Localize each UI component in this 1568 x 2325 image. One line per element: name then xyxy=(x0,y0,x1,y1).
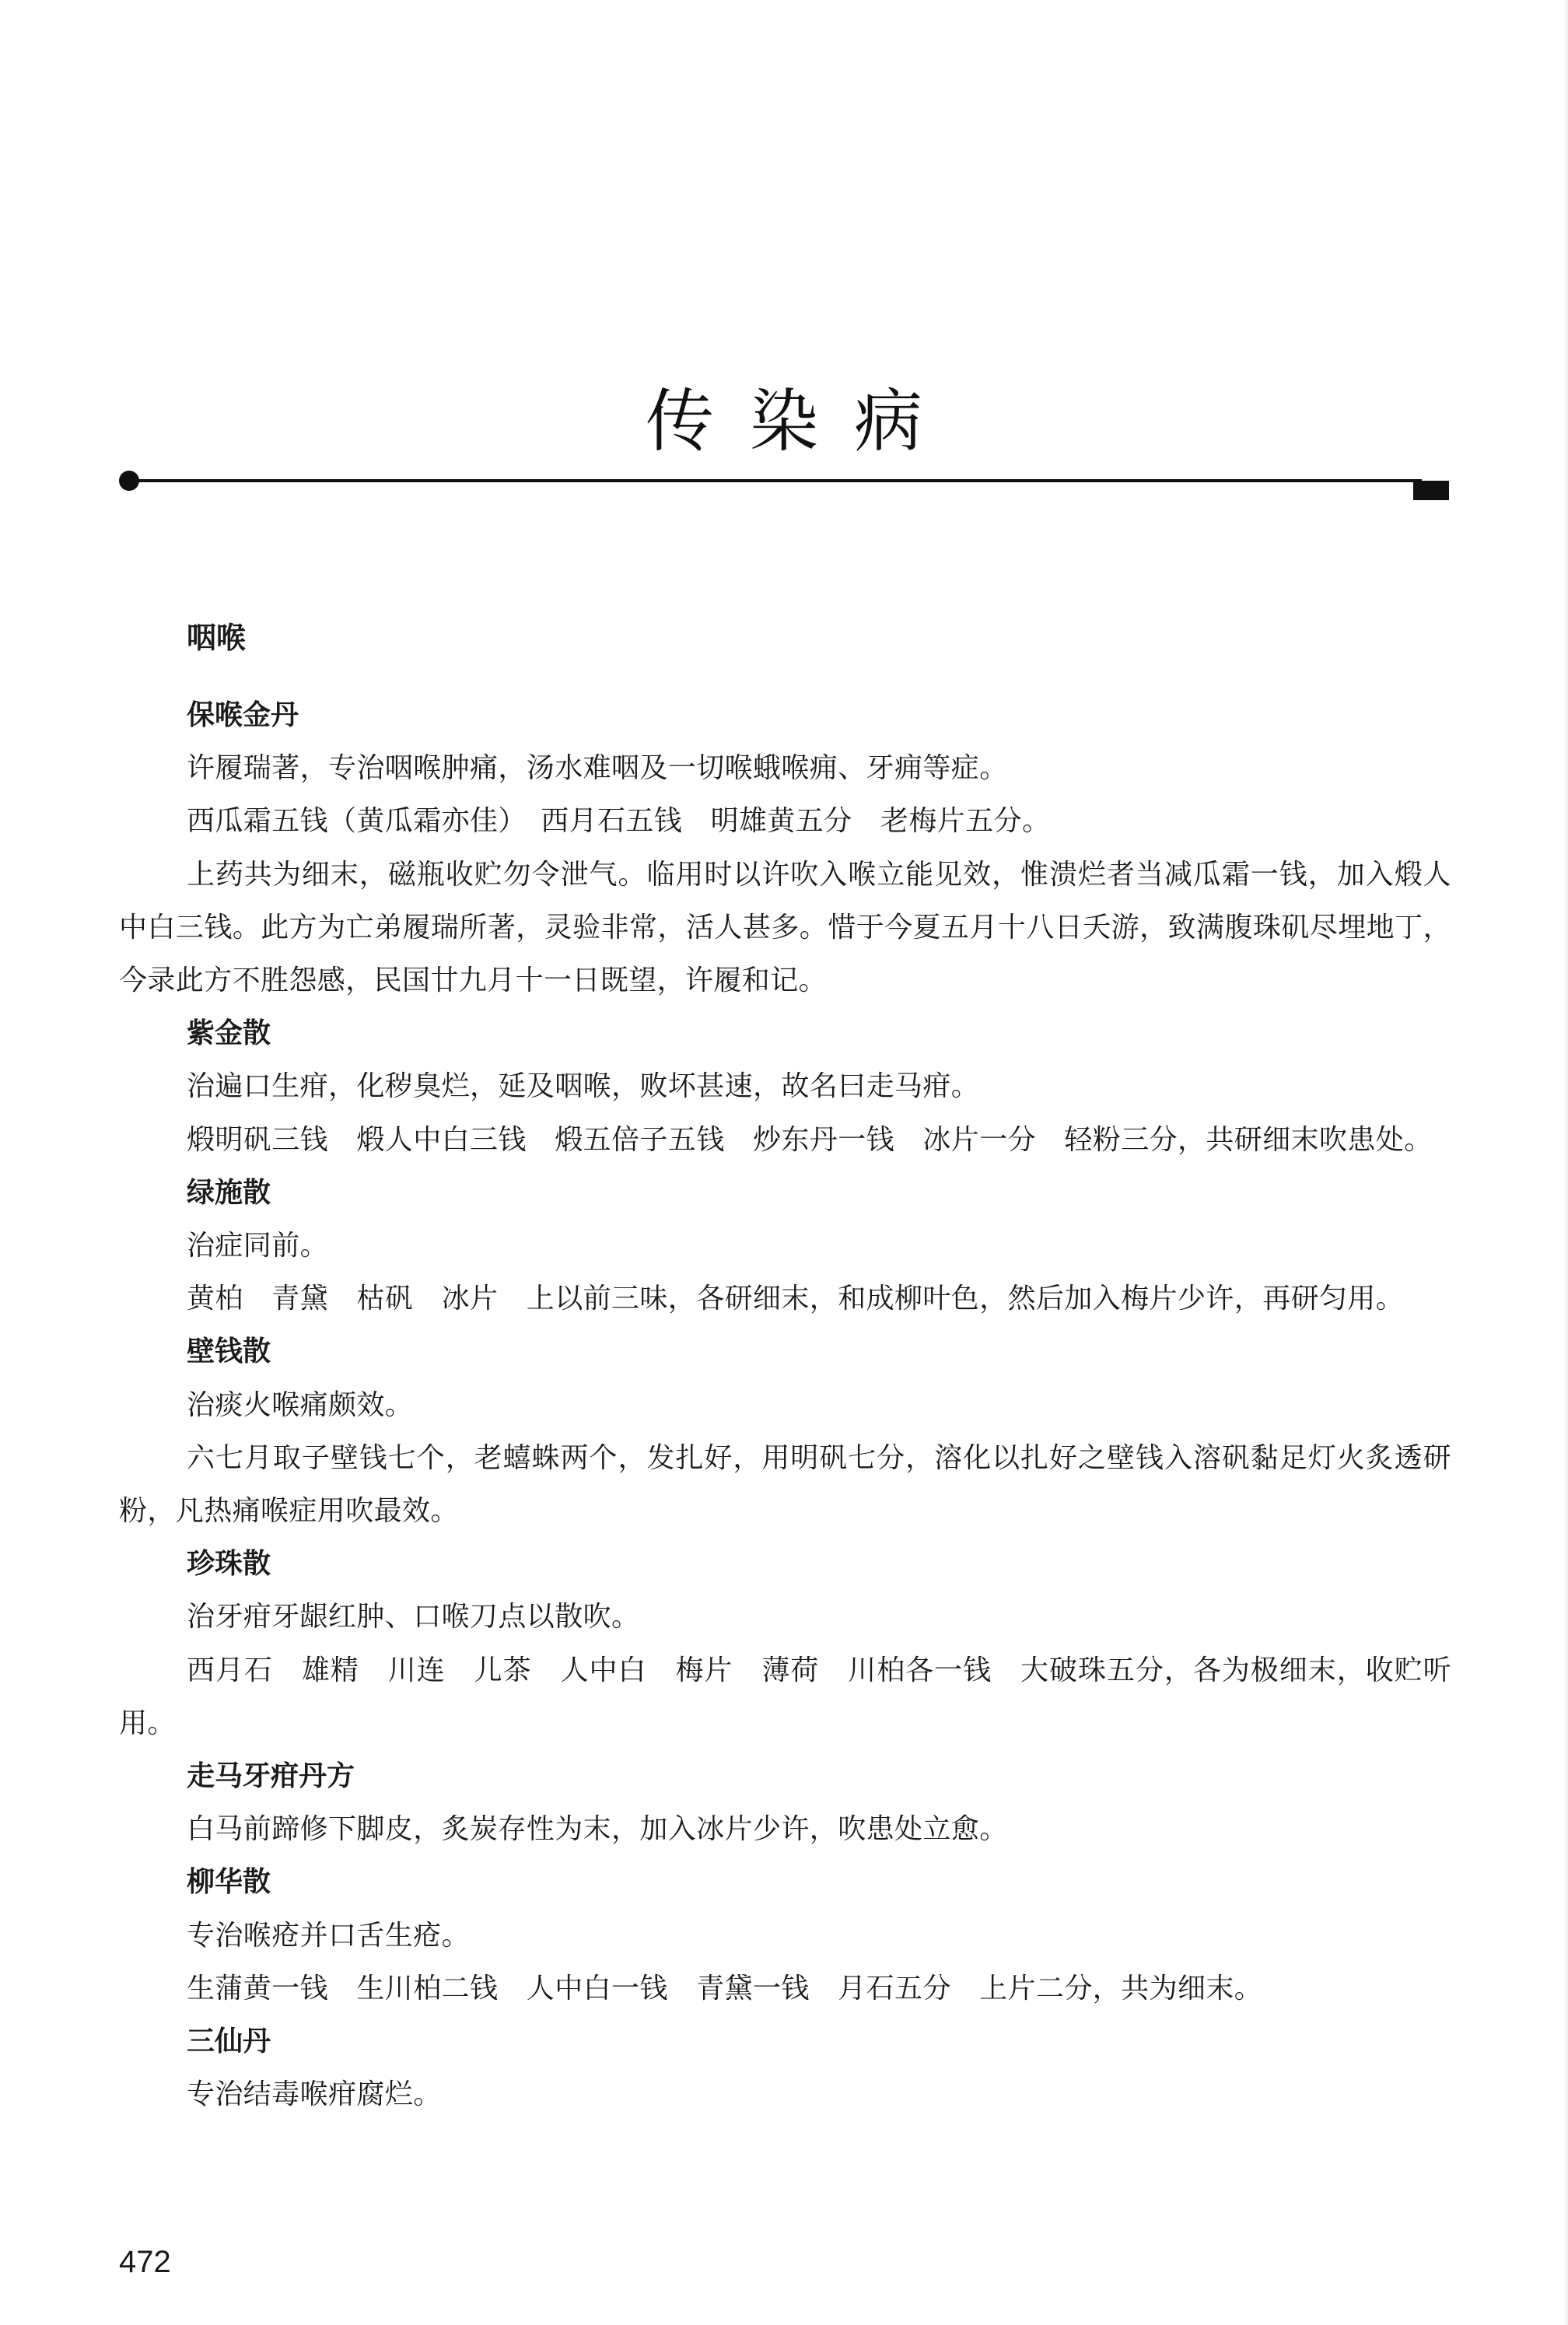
recipe-name: 壁钱散 xyxy=(119,1325,1451,1378)
chapter-title: 传染病 xyxy=(0,383,1568,460)
book-page: 传染病 咽喉 保喉金丹 许履瑞著，专治咽喉肿痛，汤水难咽及一切喉蛾喉痈、牙痈等症… xyxy=(0,0,1568,2325)
recipe-ingredients: 生蒲黄一钱 生川柏二钱 人中白一钱 青黛一钱 月石五分 上片二分，共为细末。 xyxy=(119,1963,1451,2015)
recipe-indication: 治遍口生疳，化秽臭烂，延及咽喉，败坏甚速，故名曰走马疳。 xyxy=(119,1060,1451,1113)
recipe-preparation: 上药共为细末，磁瓶收贮勿令泄气。临用时以许吹入喉立能见效，惟溃烂者当减瓜霜一钱，… xyxy=(119,849,1451,1008)
recipe-indication: 专治结毒喉疳腐烂。 xyxy=(119,2068,1451,2121)
title-rule-square-icon xyxy=(1413,481,1449,500)
page-edge-shadow xyxy=(1563,0,1568,2325)
recipe-ingredients: 煅明矾三钱 煅人中白三钱 煅五倍子五钱 炒东丹一钱 冰片一分 轻粉三分，共研细末… xyxy=(119,1114,1451,1167)
recipe-ingredients: 西瓜霜五钱（黄瓜霜亦佳） 西月石五钱 明雄黄五分 老梅片五分。 xyxy=(119,795,1451,848)
recipe-indication: 治症同前。 xyxy=(119,1220,1451,1273)
recipe-entry: 保喉金丹 许履瑞著，专治咽喉肿痛，汤水难咽及一切喉蛾喉痈、牙痈等症。 西瓜霜五钱… xyxy=(119,689,1451,1007)
section-heading: 咽喉 xyxy=(187,615,246,661)
recipe-entry: 紫金散 治遍口生疳，化秽臭烂，延及咽喉，败坏甚速，故名曰走马疳。 煅明矾三钱 煅… xyxy=(119,1007,1451,1167)
recipe-entry: 走马牙疳丹方 白马前蹄修下脚皮，炙炭存性为末，加入冰片少许，吹患处立愈。 xyxy=(119,1750,1451,1856)
page-number: 472 xyxy=(119,2243,171,2281)
recipe-name: 珍珠散 xyxy=(119,1538,1451,1591)
recipe-entry: 壁钱散 治痰火喉痛颇效。 六七月取子壁钱七个，老蟢蛛两个，发扎好，用明矾七分，溶… xyxy=(119,1325,1451,1538)
recipe-indication: 许履瑞著，专治咽喉肿痛，汤水难咽及一切喉蛾喉痈、牙痈等症。 xyxy=(119,742,1451,795)
recipe-entry: 三仙丹 专治结毒喉疳腐烂。 xyxy=(119,2015,1451,2121)
recipe-name: 保喉金丹 xyxy=(119,689,1451,742)
recipe-ingredients: 黄柏 青黛 枯矾 冰片 上以前三味，各研细末，和成柳叶色，然后加入梅片少许，再研… xyxy=(119,1273,1451,1325)
recipe-indication: 治牙疳牙龈红肿、口喉刀点以散吹。 xyxy=(119,1591,1451,1644)
recipe-entry: 珍珠散 治牙疳牙龈红肿、口喉刀点以散吹。 西月石 雄精 川连 儿茶 人中白 梅片… xyxy=(119,1538,1451,1750)
recipe-name: 三仙丹 xyxy=(119,2015,1451,2068)
recipe-name: 紫金散 xyxy=(119,1007,1451,1060)
recipe-list: 保喉金丹 许履瑞著，专治咽喉肿痛，汤水难咽及一切喉蛾喉痈、牙痈等症。 西瓜霜五钱… xyxy=(119,689,1451,2121)
recipe-name: 走马牙疳丹方 xyxy=(119,1750,1451,1803)
recipe-name: 绿施散 xyxy=(119,1167,1451,1220)
recipe-indication: 治痰火喉痛颇效。 xyxy=(119,1379,1451,1432)
title-rule xyxy=(129,479,1422,482)
recipe-ingredients: 西月石 雄精 川连 儿茶 人中白 梅片 薄荷 川柏各一钱 大破珠五分，各为极细末… xyxy=(119,1644,1451,1750)
recipe-indication: 专治喉疮并口舌生疮。 xyxy=(119,1910,1451,1963)
recipe-name: 柳华散 xyxy=(119,1856,1451,1909)
recipe-entry: 柳华散 专治喉疮并口舌生疮。 生蒲黄一钱 生川柏二钱 人中白一钱 青黛一钱 月石… xyxy=(119,1856,1451,2015)
recipe-preparation: 白马前蹄修下脚皮，炙炭存性为末，加入冰片少许，吹患处立愈。 xyxy=(119,1803,1451,1856)
recipe-entry: 绿施散 治症同前。 黄柏 青黛 枯矾 冰片 上以前三味，各研细末，和成柳叶色，然… xyxy=(119,1167,1451,1326)
recipe-preparation: 六七月取子壁钱七个，老蟢蛛两个，发扎好，用明矾七分，溶化以扎好之壁钱入溶矾黏足灯… xyxy=(119,1432,1451,1538)
